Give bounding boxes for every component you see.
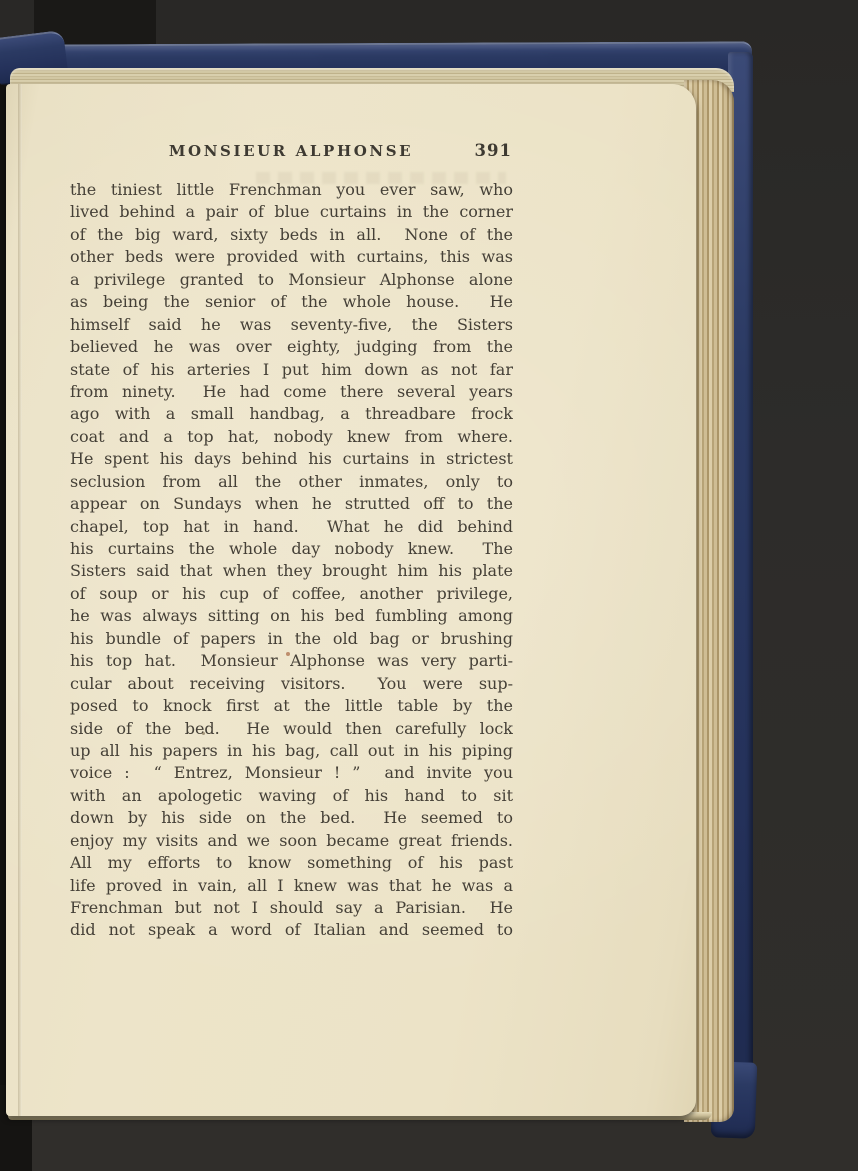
text-line: as being the senior of the whole house. … [70, 291, 513, 313]
text-line: he was always sitting on his bed fumblin… [70, 605, 513, 627]
text-line: appear on Sundays when he strutted off t… [70, 493, 513, 515]
text-line: lived behind a pair of blue curtains in … [70, 201, 513, 223]
text-line: the tiniest little Frenchman you ever sa… [70, 179, 513, 201]
text-line: He spent his days behind his curtains in… [70, 448, 513, 470]
text-line: from ninety. He had come there several y… [70, 381, 513, 403]
text-line: voice : “ Entrez, Monsieur ! ” and invit… [70, 762, 513, 784]
text-line: with an apologetic waving of his hand to… [70, 785, 513, 807]
text-line: Sisters said that when they brought him … [70, 560, 513, 582]
text-line: up all his papers in his bag, call out i… [70, 740, 513, 762]
text-line: his top hat. Monsieur Alphonse was very … [70, 650, 513, 672]
text-line: of soup or his cup of coffee, another pr… [70, 583, 513, 605]
text-line: his curtains the whole day nobody knew. … [70, 538, 513, 560]
text-line: All my efforts to know something of his … [70, 852, 513, 874]
page-crease [18, 84, 22, 1116]
text-line: chapel, top hat in hand. What he did beh… [70, 516, 513, 538]
text-line: of the big ward, sixty beds in all. None… [70, 224, 513, 246]
text-line: state of his arteries I put him down as … [70, 359, 513, 381]
text-line: ago with a small handbag, a threadbare f… [70, 403, 513, 425]
text-line: side of the bed. He would then carefully… [70, 718, 513, 740]
text-line: enjoy my visits and we soon became great… [70, 830, 513, 852]
scanned-book-photo: MONSIEUR ALPHONSE 391 the tiniest little… [0, 0, 858, 1171]
page-number: 391 [475, 141, 512, 160]
text-line: life proved in vain, all I knew was that… [70, 875, 513, 897]
text-line: coat and a top hat, nobody knew from whe… [70, 426, 513, 448]
text-line: his bundle of papers in the old bag or b… [70, 628, 513, 650]
text-line: posed to knock first at the little table… [70, 695, 513, 717]
text-line: other beds were provided with curtains, … [70, 246, 513, 268]
paper-blemish [202, 732, 205, 735]
running-header: MONSIEUR ALPHONSE 391 [70, 142, 512, 164]
text-line: down by his side on the bed. He seemed t… [70, 807, 513, 829]
page-text: the tiniest little Frenchman you ever sa… [70, 179, 513, 942]
text-line: believed he was over eighty, judging fro… [70, 336, 513, 358]
text-line: Frenchman but not I should say a Parisia… [70, 897, 513, 919]
text-line: cular about receiving visitors. You were… [70, 673, 513, 695]
chapter-title: MONSIEUR ALPHONSE [70, 142, 512, 160]
text-line: a privilege granted to Monsieur Alphonse… [70, 269, 513, 291]
text-line: did not speak a word of Italian and seem… [70, 919, 513, 941]
book-page: MONSIEUR ALPHONSE 391 the tiniest little… [6, 84, 696, 1116]
text-line: himself said he was seventy-five, the Si… [70, 314, 513, 336]
text-line: seclusion from all the other inmates, on… [70, 471, 513, 493]
paper-blemish [286, 652, 290, 656]
